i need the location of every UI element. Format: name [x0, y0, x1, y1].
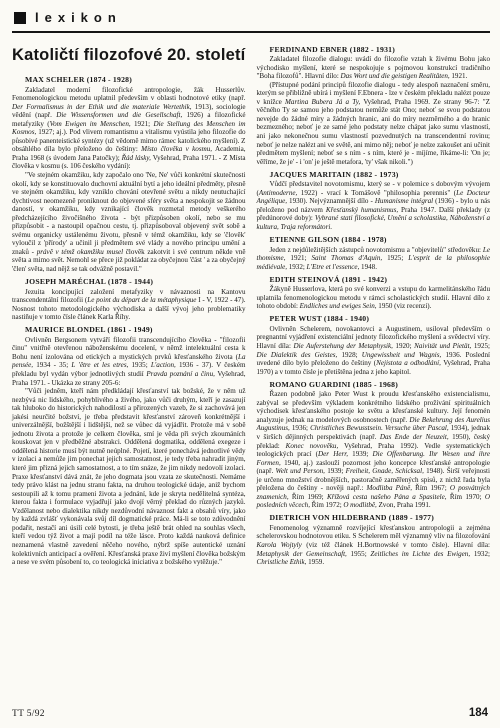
masthead-label: lexikon: [35, 10, 122, 25]
lexikon-page: lexikon Katoličtí filozofové 20. století…: [0, 0, 500, 728]
entry-paragraph: "Vůči jedněm, kteří nám předkládají křes…: [12, 387, 246, 566]
page-footer: TT 5/92 184: [12, 707, 488, 719]
entry-heading: MAURICE BLONDEL (1861 - 1949): [12, 326, 246, 335]
entry-paragraph: Ovlivněn Schelerem, novokantovci a Augus…: [257, 325, 491, 376]
entry-heading: PETER WUST (1884 - 1940): [257, 315, 491, 324]
entry-heading: ETIENNE GILSON (1884 - 1978): [257, 236, 491, 245]
right-column: FERDINAND EBNER (1882 - 1931)Zakladatel …: [257, 41, 491, 567]
entry-paragraph: Zakladatel filozofie dialogu: uvádí do f…: [257, 55, 491, 81]
entry-heading: ROMANO GUARDINI (1885 - 1968): [257, 381, 491, 390]
entry-heading: DIETRICH VON HILDEBRAND (1889 - 1977): [257, 514, 491, 523]
entry-paragraph: Žákyně Husserlova, která po své konverzi…: [257, 285, 491, 311]
lexikon-square-icon: [14, 12, 26, 24]
entry-paragraph: (Přístupné podání principů filozofie dia…: [257, 81, 491, 166]
page-header: lexikon: [12, 8, 490, 33]
header-rule: [12, 31, 490, 33]
masthead: lexikon: [12, 8, 490, 28]
entry-heading: JACQUES MARITAIN (1882 - 1973): [257, 171, 491, 180]
entry-heading: EDITH STEINOVÁ (1891 - 1942): [257, 276, 491, 285]
entry-paragraph: Ovlivněn Bergsonem vytváří filozofii tra…: [12, 336, 246, 387]
entry-heading: FERDINAND EBNER (1882 - 1931): [257, 46, 491, 55]
entry-paragraph: Řazen podobně jako Peter Wust k proudu k…: [257, 390, 491, 510]
page-number: 184: [469, 707, 488, 719]
entry-heading: MAX SCHELER (1874 - 1928): [12, 76, 246, 85]
left-column: Katoličtí filozofové 20. století MAX SCH…: [12, 41, 246, 567]
entry-paragraph: Jezuita koncipující založení metafyziky …: [12, 288, 246, 322]
entry-paragraph: Fenomenolog významně rozvíjející křesťan…: [257, 524, 491, 567]
entry-paragraph: Vůdčí představitel novotomismu, který se…: [257, 180, 491, 231]
article-columns: Katoličtí filozofové 20. století MAX SCH…: [12, 41, 490, 567]
entry-paragraph: Zakladatel moderní filozofické antropolo…: [12, 86, 246, 171]
journal-issue-label: TT 5/92: [12, 709, 45, 719]
entry-paragraph: Jeden z nejdůležitějších zástupců novoto…: [257, 246, 491, 272]
entry-paragraph: "Ve stejném okamžiku, kdy započalo ono '…: [12, 171, 246, 274]
page-title: Katoličtí filozofové 20. století: [12, 46, 246, 65]
entry-heading: JOSEPH MARÉCHAL (1878 - 1944): [12, 278, 246, 287]
